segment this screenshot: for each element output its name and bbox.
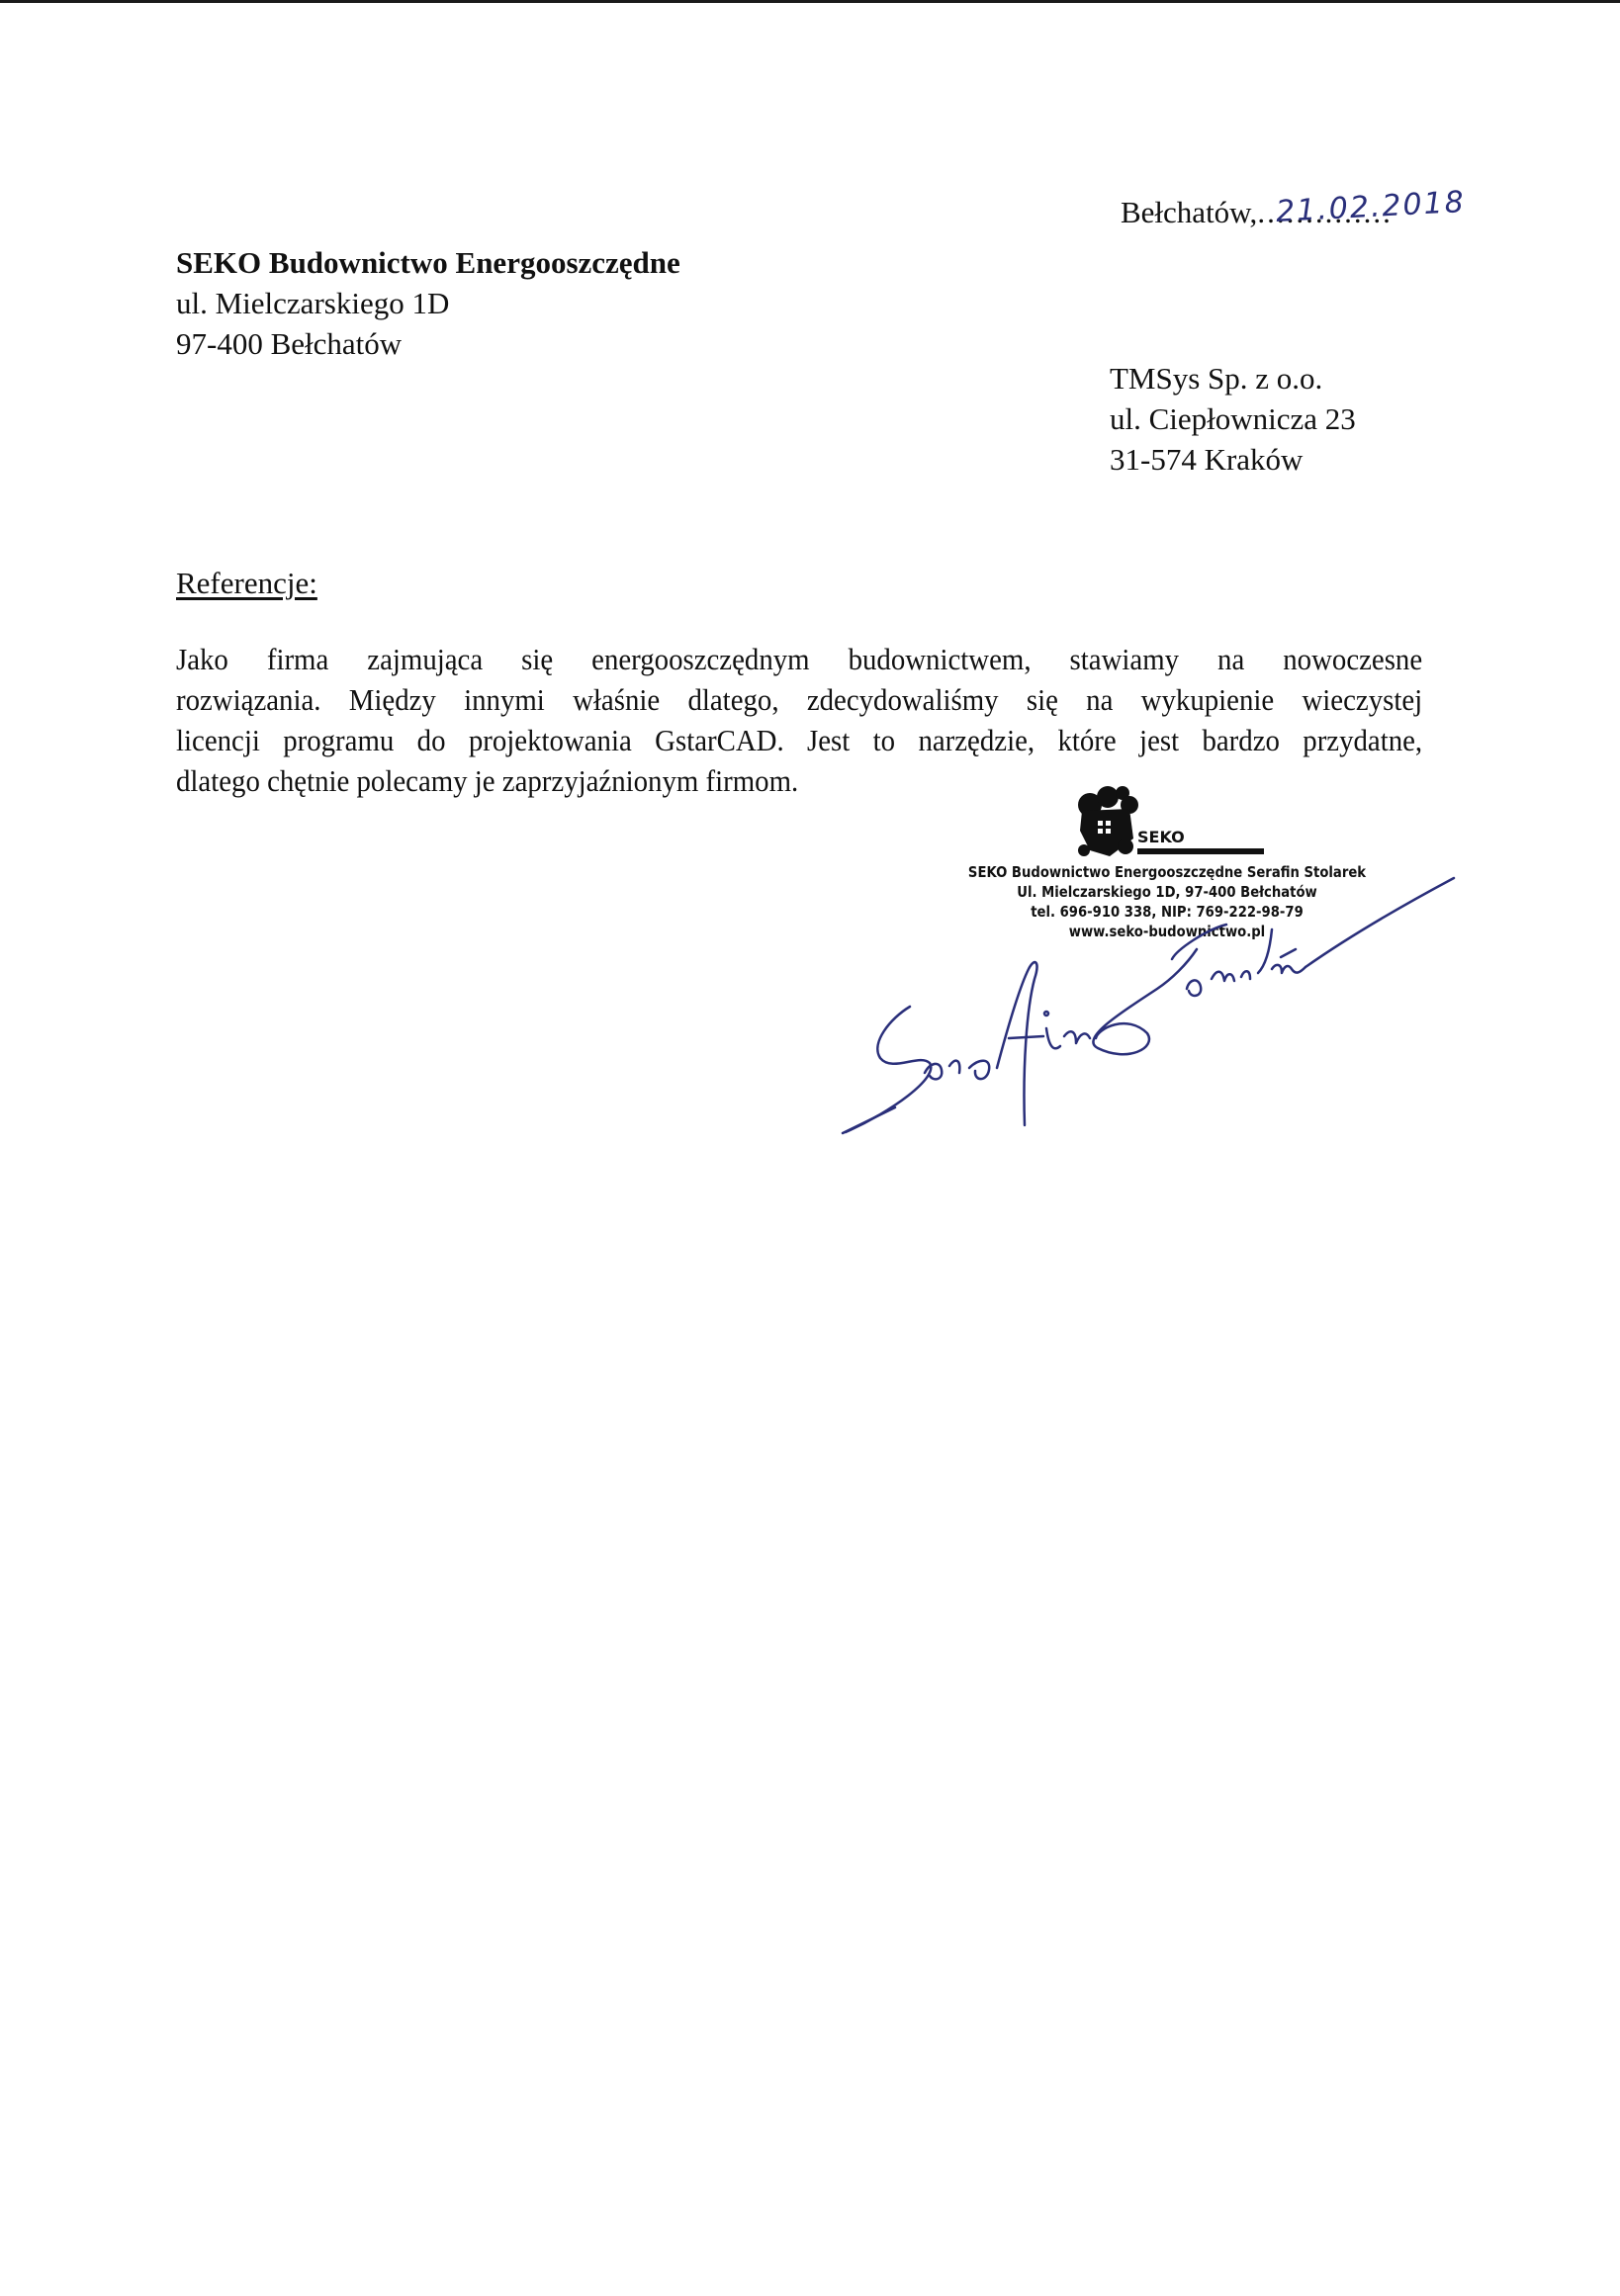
recipient-address: TMSys Sp. z o.o. ul. Ciepłownicza 23 31-… <box>1110 358 1356 480</box>
letter-body: Jako firma zajmująca się energooszczędny… <box>176 639 1422 801</box>
handwritten-date: 21.02.2018 <box>1275 185 1466 229</box>
recipient-city: 31-574 Kraków <box>1110 439 1356 480</box>
sender-name: SEKO Budownictwo Energooszczędne <box>176 242 680 283</box>
logo-text: SEKO <box>1137 828 1185 846</box>
sender-address: SEKO Budownictwo Energooszczędne ul. Mie… <box>176 242 680 364</box>
scan-top-edge <box>0 0 1620 3</box>
signature-icon <box>831 870 1464 1157</box>
recipient-name: TMSys Sp. z o.o. <box>1110 358 1356 398</box>
references-heading: Referencje: <box>176 566 317 601</box>
sender-street: ul. Mielczarskiego 1D <box>176 283 680 323</box>
sender-city: 97-400 Bełchatów <box>176 323 680 364</box>
body-line: rozwiązania. Między innymi właśnie dlate… <box>176 679 1422 720</box>
body-line: Jako firma zajmująca się energooszczędny… <box>176 639 1422 679</box>
place: Bełchatów, <box>1121 195 1257 229</box>
seko-logo-icon: SEKO <box>1068 783 1286 862</box>
body-line: licencji programu do projektowania Gstar… <box>176 720 1422 760</box>
recipient-street: ul. Ciepłownicza 23 <box>1110 398 1356 439</box>
